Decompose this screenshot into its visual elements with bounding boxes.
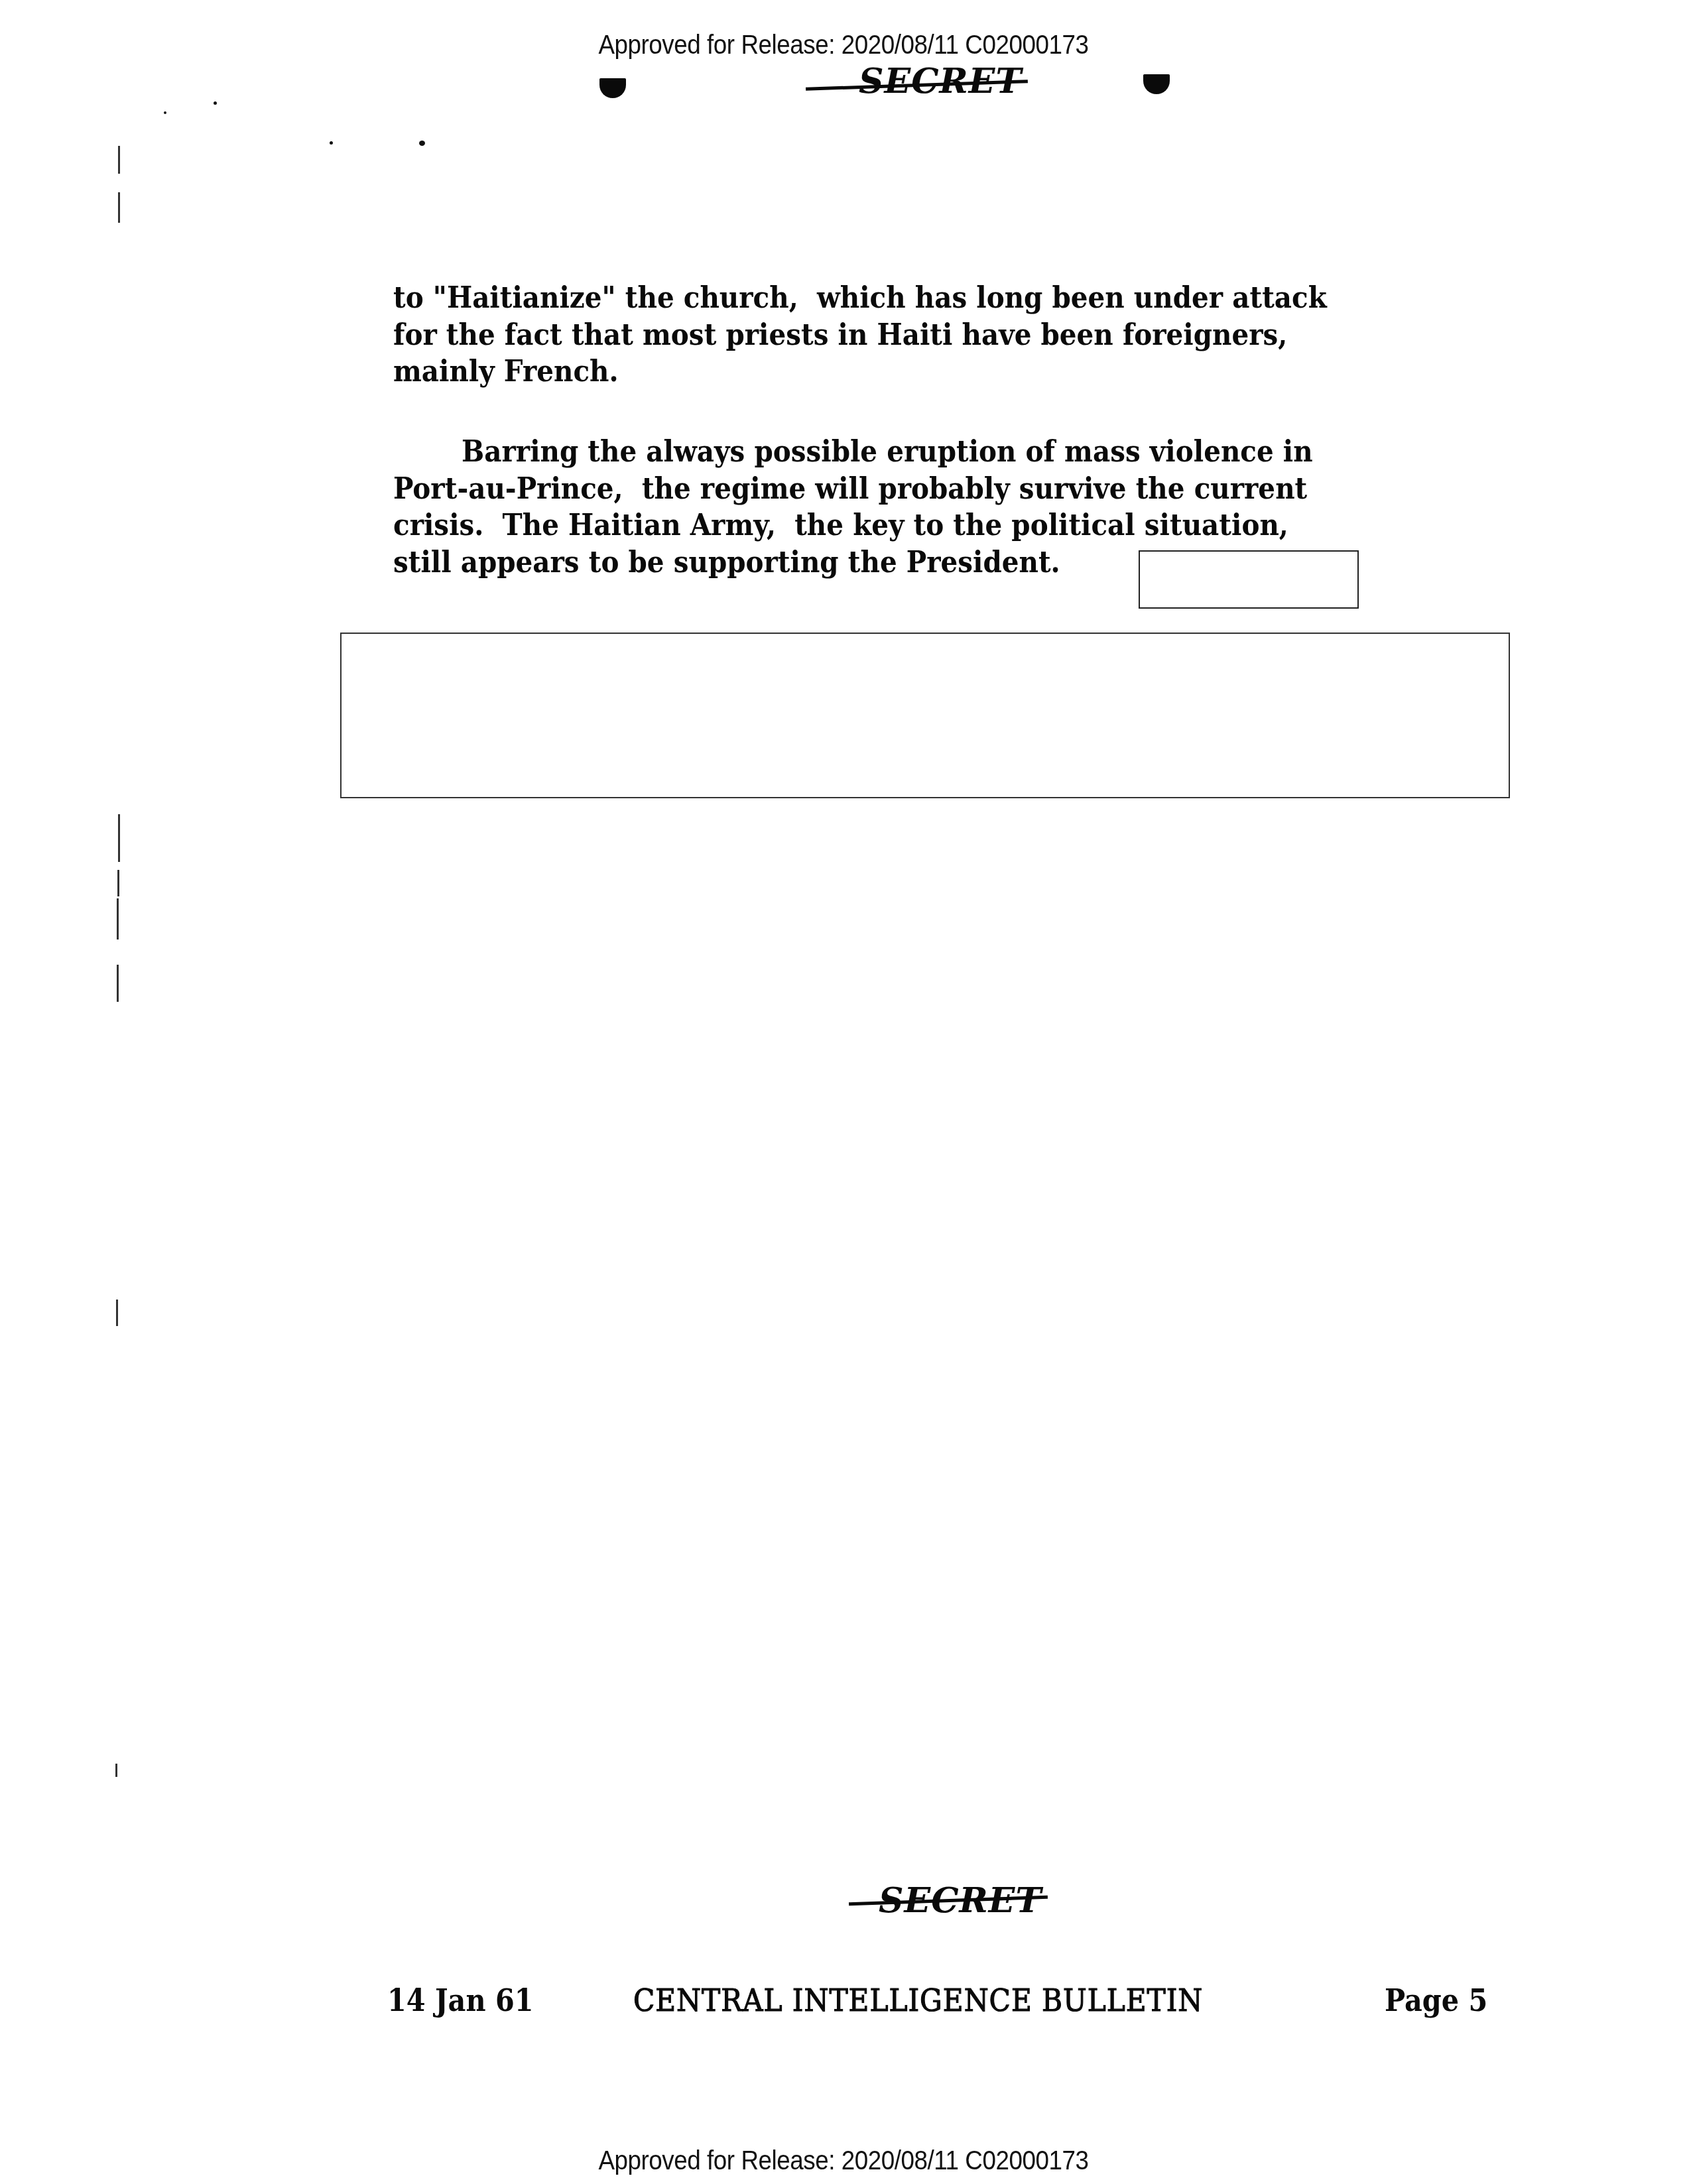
punch-hole-mark-right: [1143, 74, 1170, 94]
paragraph-line: for the fact that most priests in Haiti …: [393, 317, 1345, 354]
paragraph-line: to "Haitianize" the church, which has lo…: [393, 280, 1345, 317]
classification-marking-top: SECRET: [859, 61, 1022, 101]
margin-scan-line: [117, 898, 119, 940]
punch-hole-mark-left: [599, 78, 626, 98]
scan-speck: [214, 101, 217, 105]
margin-scan-line: [118, 146, 120, 174]
footer-date: 14 Jan 61: [387, 1982, 534, 2018]
page-footer: 14 Jan 61 CENTRAL INTELLIGENCE BULLETIN …: [0, 1982, 1687, 2029]
paragraph-line: Barring the always possible eruption of …: [393, 434, 1345, 471]
margin-scan-line: [117, 965, 119, 1002]
margin-scan-line: [117, 870, 119, 896]
redaction-box-block: [340, 633, 1510, 798]
footer-publication-title: CENTRAL INTELLIGENCE BULLETIN: [633, 1982, 1203, 2018]
margin-scan-line: [115, 1764, 117, 1777]
release-stamp-bottom: Approved for Release: 2020/08/11 C020001…: [68, 2146, 1619, 2176]
margin-scan-line: [118, 814, 120, 862]
scan-speck: [330, 141, 333, 145]
scan-speck: [419, 141, 425, 146]
margin-scan-line: [116, 1300, 118, 1326]
margin-scan-line: [118, 192, 120, 223]
classification-marking-bottom: SECRET: [879, 1880, 1042, 1921]
scan-speck: [164, 111, 166, 114]
paragraph-line: Port-au-Prince, the regime will probably…: [393, 471, 1345, 508]
release-stamp-top: Approved for Release: 2020/08/11 C020001…: [68, 30, 1619, 60]
paragraph-line-text: Barring the always possible eruption of …: [462, 435, 1313, 469]
redaction-box-inline: [1139, 550, 1359, 609]
paragraph-line: mainly French.: [393, 353, 1345, 391]
footer-page-number: Page 5: [1385, 1982, 1487, 2018]
paragraph-line: crisis. The Haitian Army, the key to the…: [393, 507, 1345, 544]
body-paragraph-1: to "Haitianize" the church, which has lo…: [393, 280, 1345, 391]
